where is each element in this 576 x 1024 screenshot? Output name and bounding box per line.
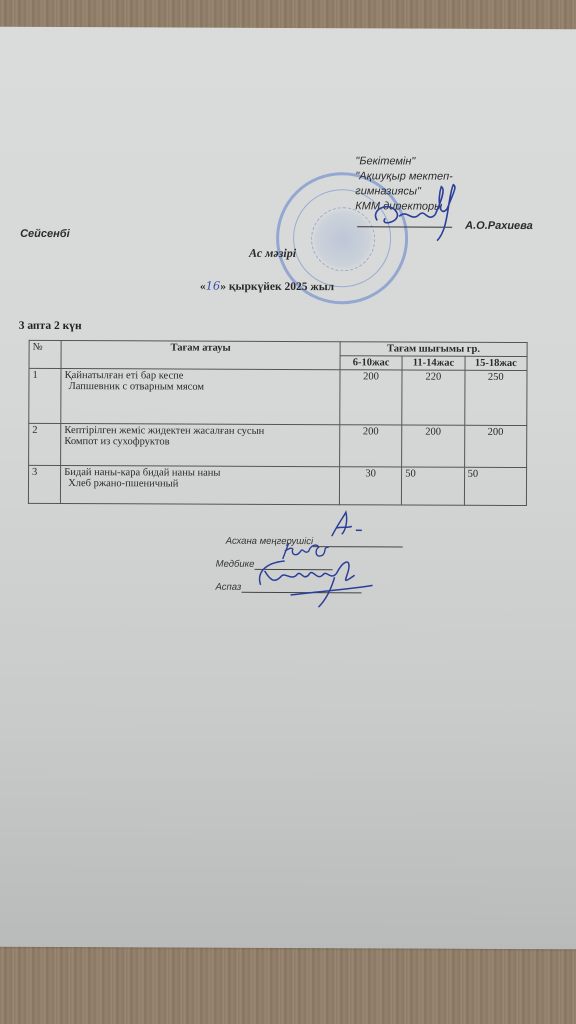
dish-name-kz: Кептірілген жеміс жидектен жасалған сусы… bbox=[64, 425, 264, 437]
approval-line: "Бекітемін" bbox=[355, 154, 453, 169]
handwritten-day: 16 bbox=[206, 279, 221, 293]
row-number: 2 bbox=[29, 423, 61, 465]
value-15-18: 250 bbox=[464, 370, 527, 425]
document-date: «16» қыркүйек 2025 жыл bbox=[200, 279, 334, 294]
header-age-6-10: 6-10жас bbox=[340, 356, 402, 370]
director-signature bbox=[367, 178, 462, 248]
dish-name: Кептірілген жеміс жидектен жасалған сусы… bbox=[61, 424, 340, 467]
table-row: 2 Кептірілген жеміс жидектен жасалған су… bbox=[29, 423, 527, 467]
cook-signature bbox=[250, 551, 375, 612]
value-11-14: 50 bbox=[402, 467, 465, 505]
dish-name-kz: Қайнатылған еті бар кеспе bbox=[65, 370, 184, 382]
row-number: 1 bbox=[29, 368, 61, 423]
menu-table: № Тағам атауы Тағам шығымы гр. 6-10жас 1… bbox=[28, 340, 528, 506]
table-row: 1 Қайнатылған еті бар кеспе Лапшевник с … bbox=[29, 368, 527, 425]
dish-name-ru: Компот из сухофруктов bbox=[64, 436, 169, 447]
table-row: 3 Бидай наны-кара бидай наны наны Хлеб р… bbox=[28, 465, 526, 505]
value-15-18: 200 bbox=[464, 425, 527, 467]
header-age-15-18: 15-18жас bbox=[465, 356, 527, 370]
header-output-group: Тағам шығымы гр. bbox=[340, 342, 527, 357]
director-name: А.О.Рахиева bbox=[465, 220, 533, 232]
signatures-block: Асхана меңгерушісі Медбике Аспаз bbox=[0, 27, 576, 30]
header-dish-name: Тағам атауы bbox=[61, 341, 340, 370]
value-11-14: 200 bbox=[402, 425, 465, 467]
value-6-10: 200 bbox=[339, 425, 402, 467]
week-day-label: 3 апта 2 күн bbox=[19, 320, 82, 332]
value-6-10: 30 bbox=[339, 467, 402, 505]
value-6-10: 200 bbox=[340, 370, 403, 425]
value-11-14: 220 bbox=[402, 370, 465, 425]
row-number: 3 bbox=[28, 465, 60, 503]
dish-name-ru: Хлеб ржано-пшеничный bbox=[64, 478, 336, 490]
dish-name-kz: Бидай наны-кара бидай наны наны bbox=[64, 467, 220, 479]
weekday-label: Сейсенбі bbox=[20, 228, 70, 240]
dish-name-ru: Лапшевник с отварным мясом bbox=[65, 381, 337, 393]
dish-name: Бидай наны-кара бидай наны наны Хлеб ржа… bbox=[61, 466, 340, 505]
document-sheet: "Бекітемін" "Ақшуқыр мектеп- гимназиясы"… bbox=[0, 27, 576, 950]
table-header-row: № Тағам атауы Тағам шығымы гр. bbox=[29, 340, 527, 356]
dish-name: Қайнатылған еті бар кеспе Лапшевник с от… bbox=[61, 369, 340, 425]
header-no: № bbox=[29, 340, 61, 368]
value-15-18: 50 bbox=[464, 467, 527, 505]
header-age-11-14: 11-14жас bbox=[402, 356, 464, 370]
page-title: Ас мәзірі bbox=[249, 246, 296, 261]
